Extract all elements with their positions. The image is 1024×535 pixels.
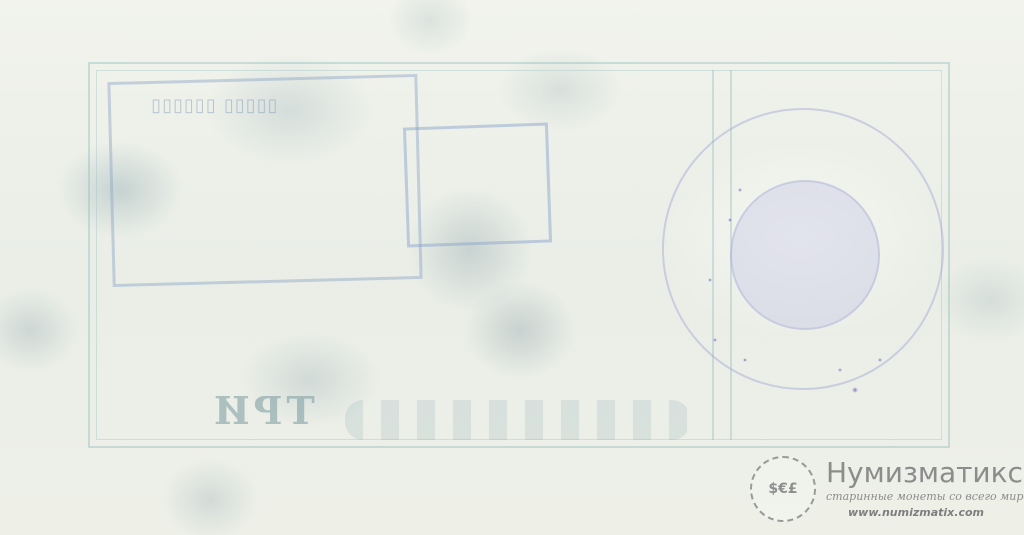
watermark-title: Нумизматикс bbox=[826, 456, 1023, 489]
ornament-band bbox=[345, 400, 690, 440]
watermark-subtitle: старинные монеты со всего мира bbox=[826, 490, 1024, 503]
small-rectangular-stamp bbox=[403, 123, 552, 248]
ink-speckles bbox=[700, 160, 920, 410]
denomination-text: ТРИ bbox=[210, 388, 315, 433]
watermark-url: www.numizmatix.com bbox=[848, 506, 984, 519]
stamp-text-mirrored: ▯▯▯▯▯ ▯▯▯▯▯▯ bbox=[150, 95, 277, 116]
numizmatix-watermark: $€£ Нумизматикс старинные монеты со всег… bbox=[748, 456, 988, 526]
coin-logo-icon: $€£ bbox=[750, 456, 816, 522]
